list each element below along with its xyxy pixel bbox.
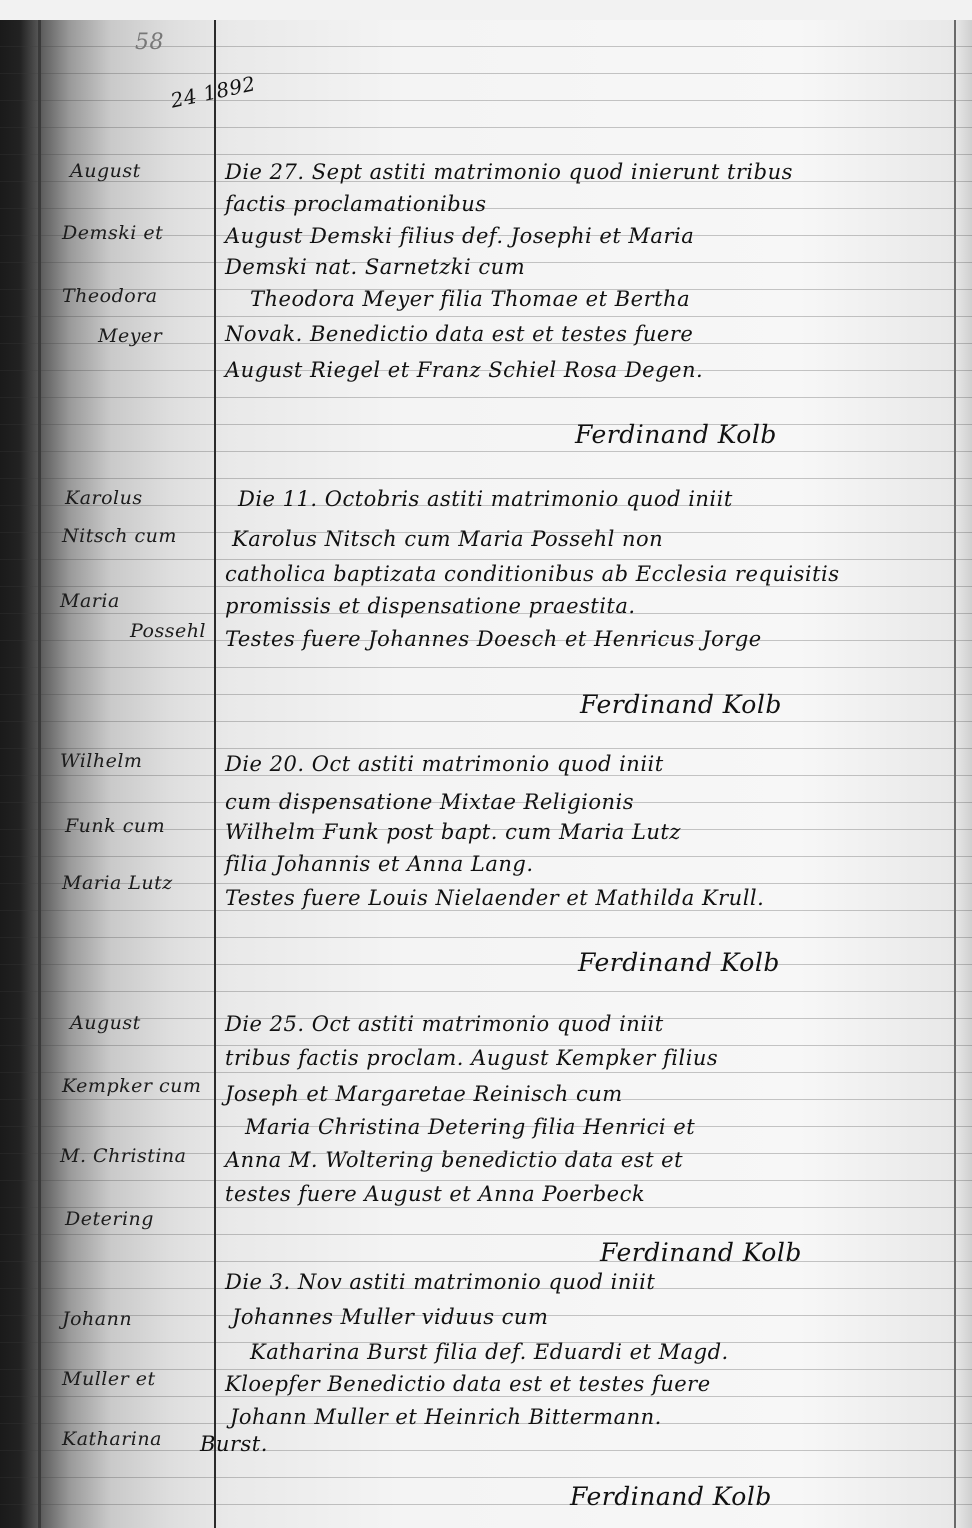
entry-line: Kloepfer Benedictio data est et testes f…	[225, 1372, 711, 1396]
entry-line: catholica baptizata conditionibus ab Ecc…	[225, 562, 840, 586]
margin-name: Nitsch cum	[62, 525, 177, 547]
margin-name: Johann	[62, 1308, 132, 1330]
entry-line: Die 3. Nov astiti matrimonio quod iniit	[225, 1270, 655, 1294]
margin-name: Demski et	[62, 222, 163, 244]
entry-line: Wilhelm Funk post bapt. cum Maria Lutz	[225, 820, 681, 844]
entry-line: Johannes Muller viduus cum	[232, 1305, 548, 1329]
margin-name: Meyer	[98, 325, 162, 347]
entry-line: August Demski filius def. Josephi et Mar…	[225, 224, 694, 248]
margin-name: Maria Lutz	[62, 872, 173, 894]
entry-line: Katharina Burst filia def. Eduardi et Ma…	[250, 1340, 729, 1364]
margin-name: Possehl	[130, 620, 206, 642]
margin-name: Detering	[65, 1208, 154, 1230]
margin-name: Wilhelm	[60, 750, 142, 772]
scan-top-margin	[0, 0, 972, 20]
entry-line: Testes fuere Louis Nielaender et Mathild…	[225, 886, 764, 910]
margin-name: Kempker cum	[62, 1075, 201, 1097]
entry-line: Theodora Meyer filia Thomae et Bertha	[250, 287, 690, 311]
entry-line: promissis et dispensatione praestita.	[225, 594, 636, 618]
priest-signature: Ferdinand Kolb	[575, 420, 777, 449]
margin-name: August	[70, 1012, 141, 1034]
priest-signature: Ferdinand Kolb	[570, 1482, 772, 1511]
entry-line: testes fuere August et Anna Poerbeck	[225, 1182, 645, 1206]
entry-line: tribus factis proclam. August Kempker fi…	[225, 1046, 718, 1070]
margin-name: M. Christina	[60, 1145, 187, 1167]
entry-line: Die 11. Octobris astiti matrimonio quod …	[238, 487, 733, 511]
page-number: 58	[135, 30, 164, 55]
left-binding-rule	[38, 20, 41, 1528]
entry-line: Karolus Nitsch cum Maria Possehl non	[232, 527, 663, 551]
right-edge-rule	[954, 20, 956, 1528]
entry-line: Die 20. Oct astiti matrimonio quod iniit	[225, 752, 664, 776]
priest-signature: Ferdinand Kolb	[580, 690, 782, 719]
priest-signature: Ferdinand Kolb	[600, 1238, 802, 1267]
margin-name: Katharina	[62, 1428, 162, 1450]
entry-line: Demski nat. Sarnetzki cum	[225, 255, 525, 279]
margin-name: Funk cum	[65, 815, 165, 837]
entry-line: Joseph et Margaretae Reinisch cum	[225, 1082, 623, 1106]
margin-name: Theodora	[62, 285, 158, 307]
entry-line: Die 25. Oct astiti matrimonio quod iniit	[225, 1012, 664, 1036]
priest-signature: Ferdinand Kolb	[578, 948, 780, 977]
entry-line: Johann Muller et Heinrich Bittermann.	[230, 1405, 662, 1429]
entry-line: Maria Christina Detering filia Henrici e…	[245, 1115, 695, 1139]
margin-name: Maria	[60, 590, 120, 612]
entry-line: factis proclamationibus	[225, 192, 487, 216]
entry-line: filia Johannis et Anna Lang.	[225, 852, 534, 876]
entry-line: Novak. Benedictio data est et testes fue…	[225, 322, 693, 346]
margin-name: August	[70, 160, 141, 182]
entry-line: Testes fuere Johannes Doesch et Henricus…	[225, 627, 762, 651]
entry-line: Anna M. Woltering benedictio data est et	[225, 1148, 683, 1172]
entry-line: cum dispensatione Mixtae Religionis	[225, 790, 634, 814]
entry-line: Burst.	[200, 1432, 268, 1456]
margin-rule	[214, 20, 216, 1528]
entry-line: August Riegel et Franz Schiel Rosa Degen…	[225, 358, 703, 382]
margin-name: Muller et	[62, 1368, 156, 1390]
entry-line: Die 27. Sept astiti matrimonio quod inie…	[225, 160, 793, 184]
margin-name: Karolus	[65, 487, 143, 509]
